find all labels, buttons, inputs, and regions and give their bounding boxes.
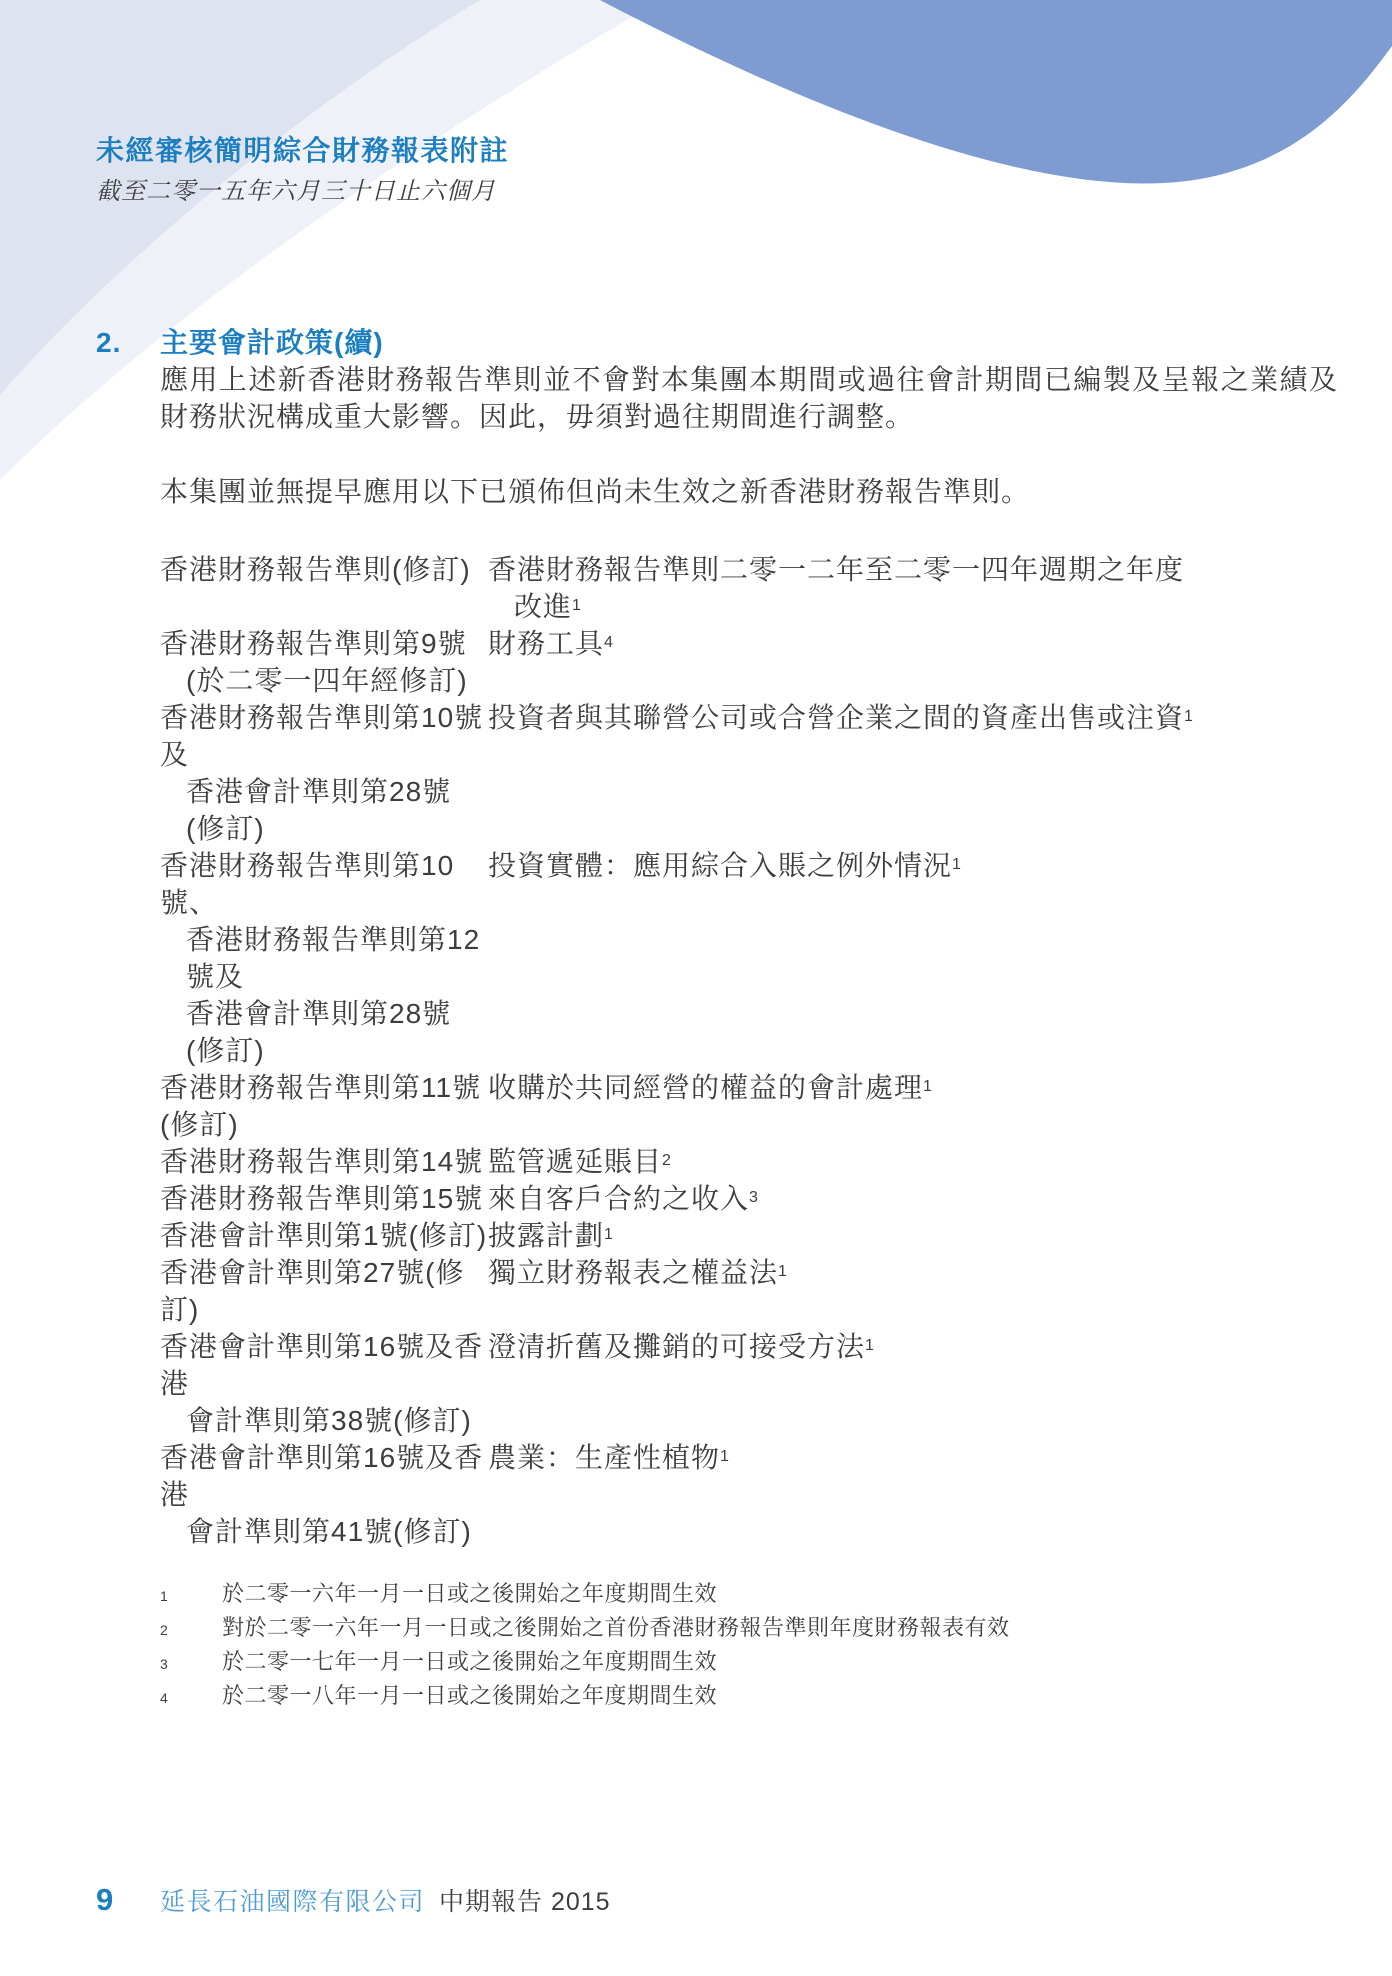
standard-name-cell: 香港會計準則第16號及香港會計準則第38號(修訂) (160, 1328, 488, 1439)
footnote-ref: 1 (923, 1078, 932, 1095)
page-subtitle: 截至二零一五年六月三十日止六個月 (96, 177, 509, 207)
standard-name-line: 香港財務報告準則第9號 (160, 625, 488, 662)
standard-name-line: 香港財務報告準則(修訂) (160, 551, 488, 588)
standard-desc-cell: 獨立財務報表之權益法1 (488, 1254, 1346, 1291)
table-row: 香港會計準則第1號(修訂)披露計劃1 (160, 1217, 1346, 1254)
footnote-ref: 1 (1184, 708, 1193, 725)
standard-name-line: 香港財務報告準則第12號及 (160, 921, 488, 995)
footnote-item: 2對於二零一六年一月一日或之後開始之首份香港財務報告準則年度財務報表有效 (160, 1612, 1346, 1646)
footnotes-list: 1於二零一六年一月一日或之後開始之年度期間生效2對於二零一六年一月一日或之後開始… (160, 1578, 1346, 1714)
standard-name-line: 香港會計準則第27號(修訂) (160, 1254, 488, 1328)
standard-name-line: 香港財務報告準則第10號及 (160, 699, 488, 773)
standard-name-line: 香港財務報告準則第11號(修訂) (160, 1069, 488, 1143)
footnote-item: 3於二零一七年一月一日或之後開始之年度期間生效 (160, 1646, 1346, 1680)
standard-name-cell: 香港財務報告準則第9號(於二零一四年經修訂) (160, 625, 488, 699)
standard-desc-cell: 來自客戶合約之收入3 (488, 1180, 1346, 1217)
table-row: 香港財務報告準則第10號、香港財務報告準則第12號及香港會計準則第28號(修訂)… (160, 847, 1346, 1069)
standard-name-line: 香港財務報告準則第14號 (160, 1143, 488, 1180)
table-row: 香港會計準則第27號(修訂)獨立財務報表之權益法1 (160, 1254, 1346, 1328)
standard-desc-line: 來自客戶合約之收入3 (488, 1180, 1346, 1217)
standard-desc-line: 澄清折舊及攤銷的可接受方法1 (488, 1328, 1346, 1365)
standard-desc-line: 投資者與其聯營公司或合營企業之間的資產出售或注資1 (488, 699, 1346, 736)
standard-name-cell: 香港會計準則第16號及香港會計準則第41號(修訂) (160, 1439, 488, 1550)
standard-desc-cell: 監管遞延賬目2 (488, 1143, 1346, 1180)
footnote-ref: 1 (865, 1337, 874, 1354)
standard-name-cell: 香港財務報告準則(修訂) (160, 551, 488, 588)
standard-name-line: 會計準則第38號(修訂) (160, 1402, 488, 1439)
paragraph: 應用上述新香港財務報告準則並不會對本集團本期間或過往會計期間已編製及呈報之業績及… (160, 361, 1338, 435)
footnote-text: 於二零一六年一月一日或之後開始之年度期間生效 (222, 1578, 1346, 1610)
page-footer: 9 延長石油國際有限公司 中期報告 2015 (96, 1882, 611, 1918)
standard-desc-cell: 投資者與其聯營公司或合營企業之間的資產出售或注資1 (488, 699, 1346, 736)
footnote-text: 於二零一七年一月一日或之後開始之年度期間生效 (222, 1646, 1346, 1678)
footnote-text: 對於二零一六年一月一日或之後開始之首份香港財務報告準則年度財務報表有效 (222, 1612, 1346, 1644)
table-row: 香港財務報告準則(修訂)香港財務報告準則二零一二年至二零一四年週期之年度改進1 (160, 551, 1346, 625)
standard-desc-cell: 披露計劃1 (488, 1217, 1346, 1254)
section-heading: 2. 主要會計政策(續) (96, 324, 1346, 361)
standard-desc-line: 獨立財務報表之權益法1 (488, 1254, 1346, 1291)
page-title: 未經審核簡明綜合財務報表附註 (96, 134, 509, 168)
standard-desc-line: 收購於共同經營的權益的會計處理1 (488, 1069, 1346, 1106)
wave-blue-shape (600, 0, 1392, 183)
standards-table: 香港財務報告準則(修訂)香港財務報告準則二零一二年至二零一四年週期之年度改進1香… (160, 551, 1346, 1550)
footnote-ref: 1 (572, 597, 581, 614)
standard-name-line: 會計準則第41號(修訂) (160, 1513, 488, 1550)
footnote-ref: 1 (720, 1448, 729, 1465)
table-row: 香港財務報告準則第14號監管遞延賬目2 (160, 1143, 1346, 1180)
standard-name-line: 香港會計準則第16號及香港 (160, 1328, 488, 1402)
table-row: 香港財務報告準則第9號(於二零一四年經修訂)財務工具4 (160, 625, 1346, 699)
standard-name-cell: 香港財務報告準則第10號及香港會計準則第28號(修訂) (160, 699, 488, 847)
standard-name-cell: 香港會計準則第27號(修訂) (160, 1254, 488, 1328)
standard-name-cell: 香港財務報告準則第10號、香港財務報告準則第12號及香港會計準則第28號(修訂) (160, 847, 488, 1069)
standard-desc-line: 投資實體：應用綜合入賬之例外情況1 (488, 847, 1346, 884)
standard-name-line: 香港會計準則第28號(修訂) (160, 773, 488, 847)
standard-name-line: 香港會計準則第1號(修訂) (160, 1217, 488, 1254)
standard-desc-line: 農業：生產性植物1 (488, 1439, 1346, 1476)
footnote-ref: 1 (604, 1226, 613, 1243)
footnote-number: 3 (160, 1646, 222, 1680)
standard-desc-line: 披露計劃1 (488, 1217, 1346, 1254)
standard-desc-cell: 香港財務報告準則二零一二年至二零一四年週期之年度改進1 (488, 551, 1346, 625)
standard-desc-line: 改進1 (488, 588, 1346, 625)
section-number: 2. (96, 324, 160, 361)
page-number: 9 (96, 1882, 160, 1918)
section-body: 應用上述新香港財務報告準則並不會對本集團本期間或過往會計期間已編製及呈報之業績及… (160, 361, 1346, 1714)
table-row: 香港財務報告準則第10號及香港會計準則第28號(修訂)投資者與其聯營公司或合營企… (160, 699, 1346, 847)
standard-name-cell: 香港財務報告準則第11號(修訂) (160, 1069, 488, 1143)
standard-desc-cell: 農業：生產性植物1 (488, 1439, 1346, 1476)
footnote-item: 1於二零一六年一月一日或之後開始之年度期間生效 (160, 1578, 1346, 1612)
standard-name-cell: 香港財務報告準則第14號 (160, 1143, 488, 1180)
footnote-ref: 1 (952, 856, 961, 873)
footnote-number: 1 (160, 1578, 222, 1612)
footnote-text: 於二零一八年一月一日或之後開始之年度期間生效 (222, 1680, 1346, 1712)
table-row: 香港會計準則第16號及香港會計準則第38號(修訂)澄清折舊及攤銷的可接受方法1 (160, 1328, 1346, 1439)
footnote-item: 4於二零一八年一月一日或之後開始之年度期間生效 (160, 1680, 1346, 1714)
footnote-ref: 1 (778, 1263, 787, 1280)
section-title: 主要會計政策(續) (160, 324, 384, 361)
table-row: 香港財務報告準則第15號來自客戶合約之收入3 (160, 1180, 1346, 1217)
standard-desc-cell: 澄清折舊及攤銷的可接受方法1 (488, 1328, 1346, 1365)
footnote-number: 2 (160, 1612, 222, 1646)
standard-name-line: 香港會計準則第16號及香港 (160, 1439, 488, 1513)
standard-name-line: (於二零一四年經修訂) (160, 662, 488, 699)
standard-desc-cell: 收購於共同經營的權益的會計處理1 (488, 1069, 1346, 1106)
section-2: 2. 主要會計政策(續) 應用上述新香港財務報告準則並不會對本集團本期間或過往會… (96, 324, 1346, 1714)
standard-desc-line: 監管遞延賬目2 (488, 1143, 1346, 1180)
report-page: 未經審核簡明綜合財務報表附註 截至二零一五年六月三十日止六個月 2. 主要會計政… (0, 0, 1392, 1976)
standard-name-cell: 香港會計準則第1號(修訂) (160, 1217, 488, 1254)
standard-desc-line: 香港財務報告準則二零一二年至二零一四年週期之年度 (488, 551, 1346, 588)
footnote-ref: 4 (604, 634, 613, 651)
standard-name-line: 香港財務報告準則第15號 (160, 1180, 488, 1217)
standard-name-line: 香港財務報告準則第10號、 (160, 847, 488, 921)
standard-desc-cell: 財務工具4 (488, 625, 1346, 662)
standard-desc-line: 財務工具4 (488, 625, 1346, 662)
footnote-number: 4 (160, 1680, 222, 1714)
table-row: 香港會計準則第16號及香港會計準則第41號(修訂)農業：生產性植物1 (160, 1439, 1346, 1550)
page-header: 未經審核簡明綜合財務報表附註 截至二零一五年六月三十日止六個月 (96, 134, 509, 207)
standard-name-cell: 香港財務報告準則第15號 (160, 1180, 488, 1217)
company-name: 延長石油國際有限公司 (160, 1882, 425, 1918)
report-name: 中期報告 2015 (439, 1882, 611, 1918)
footnote-ref: 2 (662, 1152, 671, 1169)
footnote-ref: 3 (749, 1189, 758, 1206)
paragraph: 本集團並無提早應用以下已頒佈但尚未生效之新香港財務報告準則。 (160, 473, 1338, 510)
standard-desc-cell: 投資實體：應用綜合入賬之例外情況1 (488, 847, 1346, 884)
standard-name-line: 香港會計準則第28號(修訂) (160, 995, 488, 1069)
table-row: 香港財務報告準則第11號(修訂)收購於共同經營的權益的會計處理1 (160, 1069, 1346, 1143)
